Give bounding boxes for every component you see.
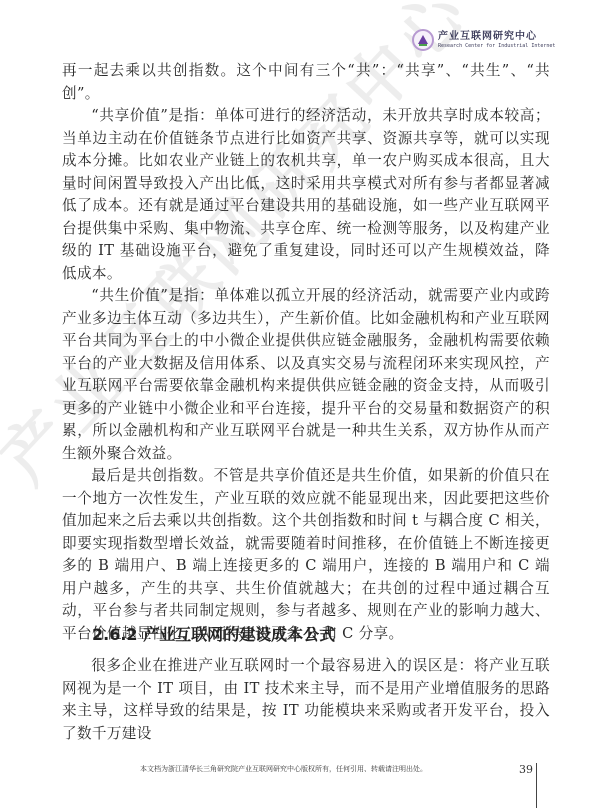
section-body: 很多企业在推进产业互联网时一个最容易进入的误区是：将产业互联网视为是一个 IT … [62, 655, 550, 745]
paragraph-co-creation-index: 最后是共创指数。不管是共享价值还是共生价值，如果新的价值只在一个地方一次性发生，… [62, 465, 550, 645]
logo-text: 产业互联网研究中心 Research Center for Industrial… [438, 32, 555, 49]
logo-title-en: Research Center for Industrial Internet [438, 44, 555, 49]
section-heading: 2.6.2 产业互联网的建设成本公式 [92, 622, 335, 645]
copyright-note: 本文档为浙江清华长三角研究院产业互联网研究中心版权所有，任何引用、转载请注明出处… [140, 764, 440, 774]
logo-emblem-icon [412, 29, 434, 51]
page-rule-divider [536, 763, 537, 808]
paragraph-shared-value: “共享价值”是指：单体可进行的经济活动，未开放共享时成本较高；当单边主动在价值链… [62, 105, 550, 285]
header-logo: 产业互联网研究中心 Research Center for Industrial… [412, 26, 582, 54]
paragraph-intro-continued: 再一起去乘以共创指数。这个中间有三个“共”：“共享”、“共生”、“共创”。 [62, 60, 550, 105]
paragraph-construction-cost: 很多企业在推进产业互联网时一个最容易进入的误区是：将产业互联网视为是一个 IT … [62, 655, 550, 745]
page-number: 39 [519, 763, 533, 776]
body-text: 再一起去乘以共创指数。这个中间有三个“共”：“共享”、“共生”、“共创”。 “共… [62, 60, 550, 645]
logo-title-cn: 产业互联网研究中心 [438, 32, 555, 42]
paragraph-symbiotic-value: “共生价值”是指：单体难以孤立开展的经济活动，就需要产业内或跨产业多边主体互动（… [62, 285, 550, 465]
